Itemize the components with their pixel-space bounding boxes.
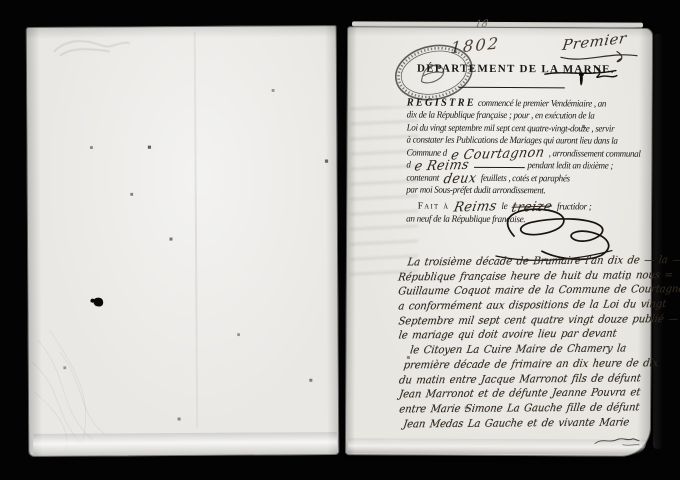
text-line: par moi Sous-préfet dudit arrondissement… xyxy=(406,180,634,194)
text-segment: entre Marie Simone La Gauche fille de dé… xyxy=(398,401,640,415)
margin-scribble xyxy=(593,431,641,449)
text-segment: e Courtagnon xyxy=(451,152,544,155)
ink-showthrough xyxy=(50,31,134,62)
paper-specks xyxy=(347,26,349,28)
top-edge-annotation: 18 xyxy=(474,19,489,31)
text-segment: a conformément aux dispositions de la Lo… xyxy=(398,298,667,312)
book-page-stack-edge xyxy=(653,34,663,449)
paper-specks xyxy=(26,27,28,29)
handwritten-act: La troisième décade de Brumaire l'an dix… xyxy=(398,250,643,428)
text-segment: le mariage qui doit avoire lieu par deva… xyxy=(398,328,618,342)
ink-blot xyxy=(92,296,104,308)
text-line: à constater les Publications de Mariages… xyxy=(407,130,635,144)
text-segment: Septembre mil sept cent quatre vingt dou… xyxy=(398,313,679,327)
text-segment: La troisième décade de Brumaire l'an dix… xyxy=(407,254,680,268)
text-segment: par moi Sous-préfet dudit arrondissement… xyxy=(406,185,545,197)
text-line: Registre commencé le premier Vendémiaire… xyxy=(407,93,635,107)
text-line: La troisième décade de Brumaire l'an dix… xyxy=(398,250,641,267)
page-crease xyxy=(194,32,198,428)
text-segment: e Reims xyxy=(415,165,469,167)
text-segment: République française heure de huit du ma… xyxy=(397,269,673,283)
text-line: Loi du vingt septembre mil sept cent qua… xyxy=(407,117,635,131)
register-declaration: Registre commencé le premier Vendémiaire… xyxy=(406,93,634,194)
text-segment: deux xyxy=(444,178,477,179)
text-line: Commune de Courtagnon, arrondissement co… xyxy=(406,142,634,156)
text-segment: première décade de frimaire an dix heure… xyxy=(403,357,659,371)
text-segment: le Citoyen La Cuire Maire de Chamery la xyxy=(409,343,627,357)
ink-drip xyxy=(580,74,583,85)
register-title-page: 18 1802 Premier DÉPARTEMENT DE LA MARNE.… xyxy=(345,26,653,457)
left-blank-page xyxy=(26,25,340,457)
text-segment: du matin entre Jacque Marronot fils de d… xyxy=(398,372,641,386)
scanned-register-spread: 18 1802 Premier DÉPARTEMENT DE LA MARNE.… xyxy=(0,0,680,480)
text-segment: Jean Medas La Gauche et de vivante Marie xyxy=(402,416,630,430)
paper-scratches xyxy=(29,321,180,457)
text-segment: Jean Marronot et de défunte Jeanne Pouvr… xyxy=(398,387,641,401)
